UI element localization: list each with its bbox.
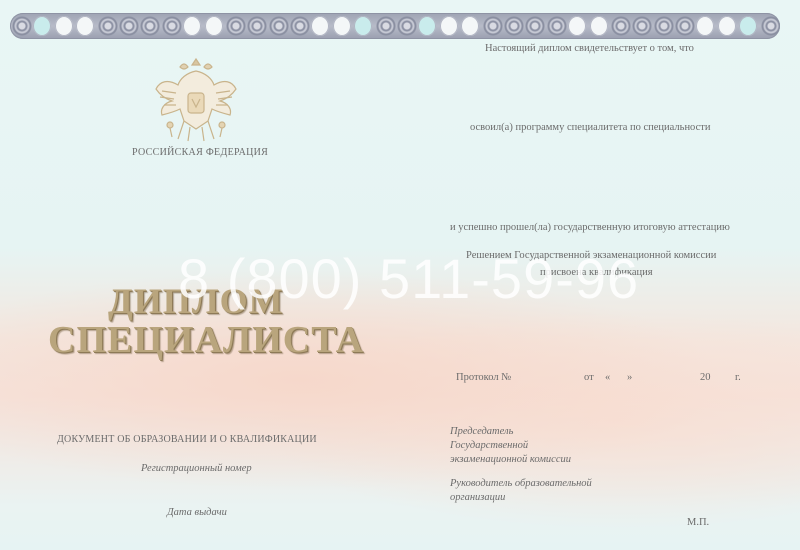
guilloche-window <box>440 16 458 36</box>
guilloche-window <box>568 16 586 36</box>
seal-label: М.П. <box>687 517 709 528</box>
guilloche-window <box>333 16 351 36</box>
guilloche-rosette <box>483 16 503 36</box>
guilloche-window <box>354 16 372 36</box>
guilloche-rosette <box>504 16 524 36</box>
issue-date-label: Дата выдачи <box>167 507 227 518</box>
guilloche-rosette <box>290 16 310 36</box>
diploma-title-line2: СПЕЦИАЛИСТА <box>48 318 364 362</box>
guilloche-rosette <box>376 16 396 36</box>
program-line: освоил(а) программу специалитета по спец… <box>470 122 710 133</box>
guilloche-rosette <box>269 16 289 36</box>
year-suffix: г. <box>735 372 741 383</box>
guilloche-window <box>739 16 757 36</box>
guilloche-rosette <box>675 16 695 36</box>
guilloche-window <box>696 16 714 36</box>
guilloche-rosette <box>162 16 182 36</box>
head-block: Руководитель образовательной организации <box>450 477 592 505</box>
document-subtitle: ДОКУМЕНТ ОБ ОБРАЗОВАНИИ И О КВАЛИФИКАЦИИ <box>57 434 317 445</box>
guilloche-rosette <box>547 16 567 36</box>
guilloche-window <box>590 16 608 36</box>
guilloche-window <box>311 16 329 36</box>
guilloche-window <box>418 16 436 36</box>
quote-close: » <box>627 372 632 383</box>
guilloche-window <box>183 16 201 36</box>
guilloche-window <box>205 16 223 36</box>
guilloche-window <box>718 16 736 36</box>
guilloche-rosette <box>761 16 780 36</box>
guilloche-rosette <box>119 16 139 36</box>
head-line: организации <box>450 491 592 505</box>
protocol-from: от <box>584 372 594 383</box>
guilloche-rosette <box>98 16 118 36</box>
guilloche-rosette <box>632 16 652 36</box>
phone-watermark: 8 (800) 511-59-96 <box>178 246 639 311</box>
guilloche-rosette <box>397 16 417 36</box>
coat-of-arms-icon <box>150 55 242 145</box>
guilloche-rosette <box>654 16 674 36</box>
guilloche-rosette <box>12 16 32 36</box>
protocol-label: Протокол № <box>456 372 511 383</box>
chairman-block: Председатель Государственной экзаменацио… <box>450 425 571 467</box>
head-line: Руководитель образовательной <box>450 477 592 491</box>
attestation-line: и успешно прошел(ла) государственную ито… <box>450 222 730 233</box>
guilloche-window <box>461 16 479 36</box>
guilloche-window <box>33 16 51 36</box>
guilloche-rosette <box>140 16 160 36</box>
certifies-line: Настоящий диплом свидетельствует о том, … <box>485 43 694 54</box>
guilloche-window <box>76 16 94 36</box>
chairman-line: Председатель <box>450 425 571 439</box>
country-label: РОССИЙСКАЯ ФЕДЕРАЦИЯ <box>132 147 268 158</box>
quote-open: « <box>605 372 610 383</box>
guilloche-rosette <box>611 16 631 36</box>
guilloche-rosette <box>226 16 246 36</box>
guilloche-border-band <box>10 13 780 39</box>
guilloche-rosette <box>525 16 545 36</box>
chairman-line: Государственной <box>450 439 571 453</box>
guilloche-rosette <box>247 16 267 36</box>
guilloche-window <box>55 16 73 36</box>
year-prefix: 20 <box>700 372 711 383</box>
chairman-line: экзаменационной комиссии <box>450 453 571 467</box>
registration-number-label: Регистрационный номер <box>141 463 252 474</box>
